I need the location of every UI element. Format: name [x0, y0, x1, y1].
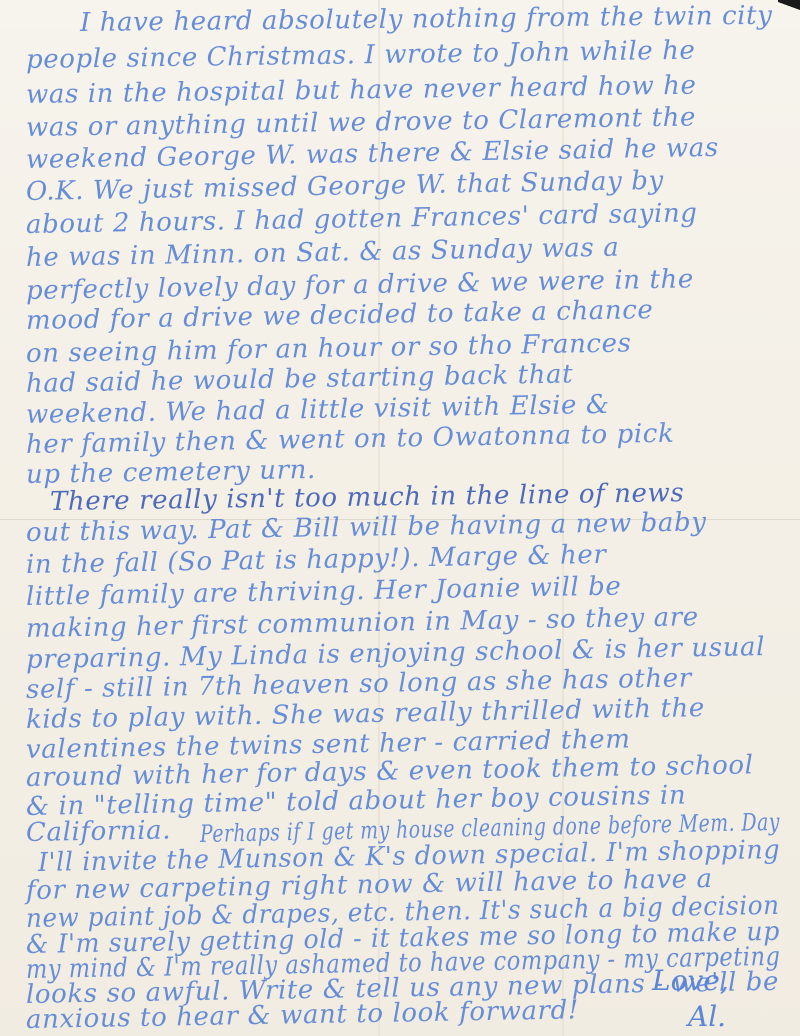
letter-signature: Al.: [688, 1000, 726, 1033]
letter-line: California.: [26, 815, 172, 848]
letter-page: I have heard absolutely nothing from the…: [0, 0, 800, 1036]
letter-body: I have heard absolutely nothing from the…: [0, 0, 800, 1036]
letter-line: people since Christmas. I wrote to John …: [26, 36, 696, 75]
letter-line: I have heard absolutely nothing from the…: [80, 1, 773, 38]
letter-closing: Love,: [652, 964, 729, 997]
